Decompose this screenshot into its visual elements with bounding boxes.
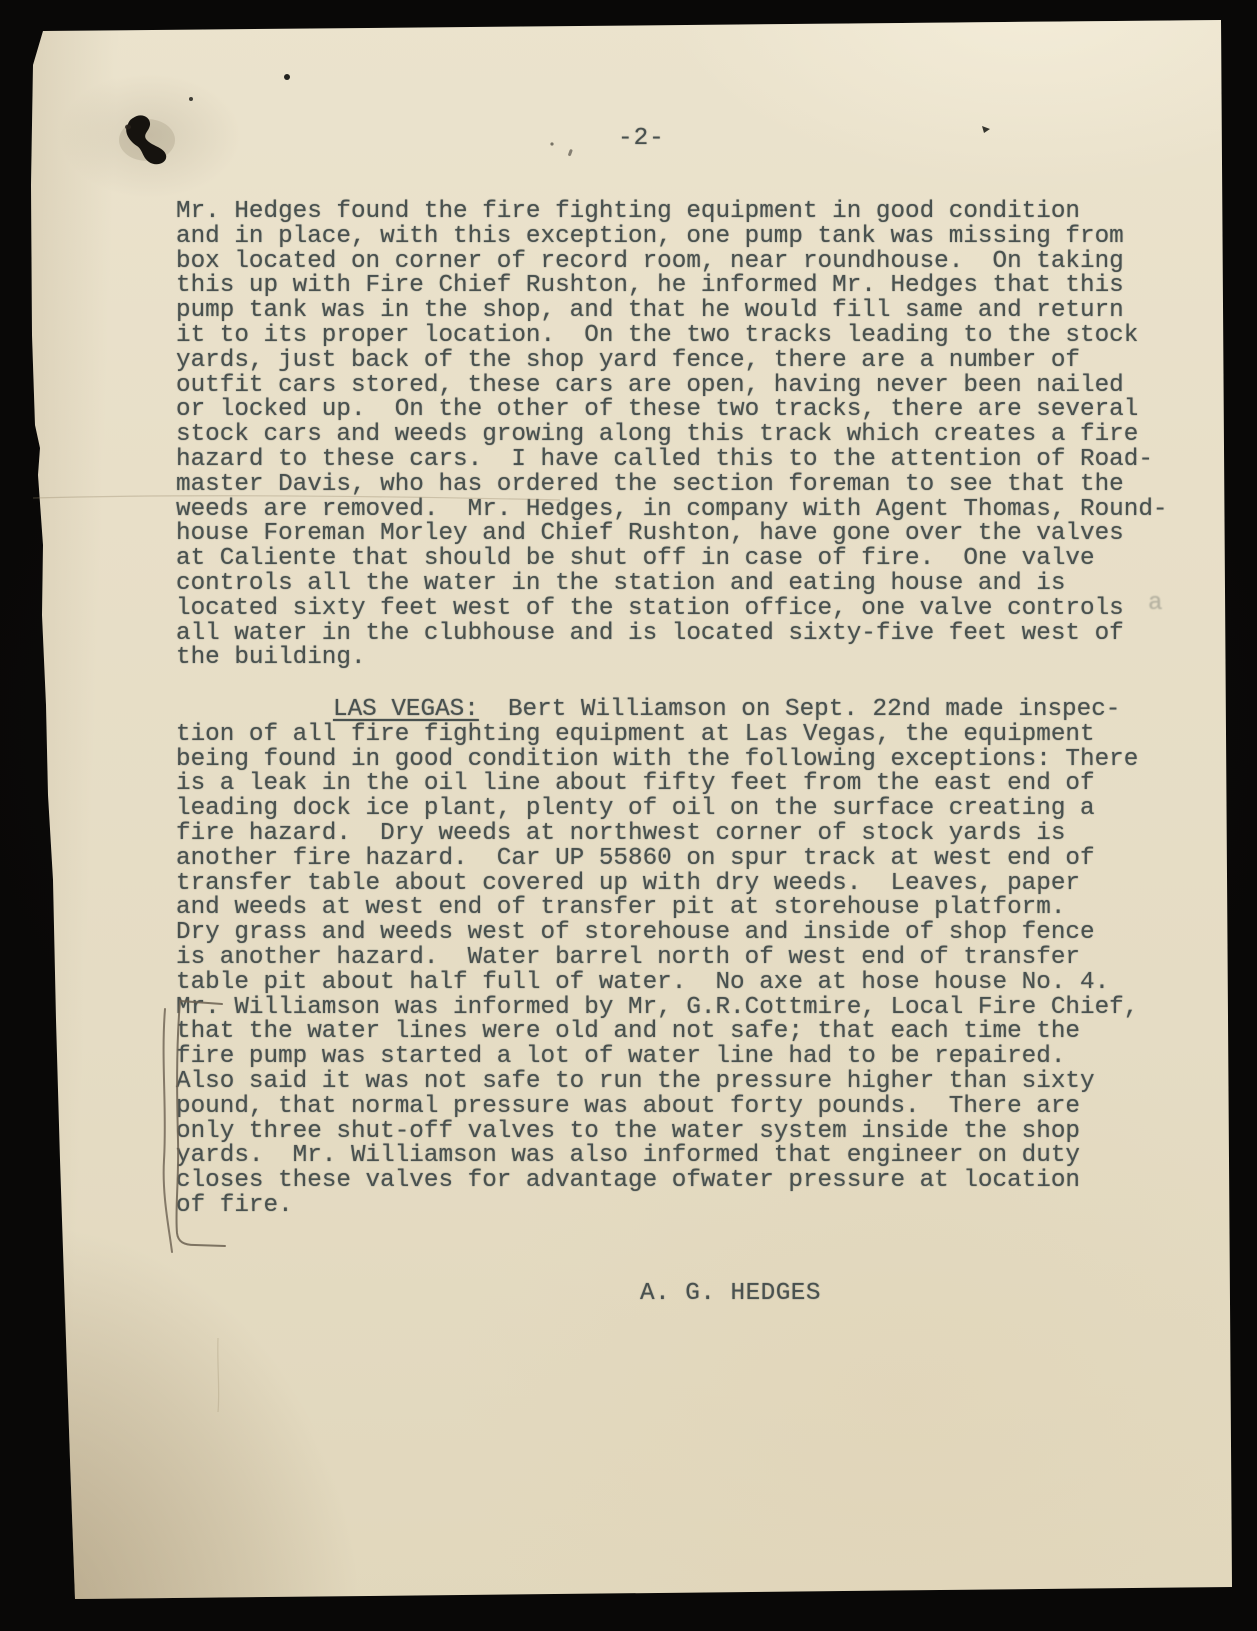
typed-line: house Foreman Morley and Chief Rushton, … — [176, 522, 1176, 547]
typed-line: closes these valves for advantage ofwate… — [176, 1169, 1176, 1194]
typed-line: yards. Mr. Williamson was also informed … — [176, 1144, 1176, 1169]
typed-line: and in place, with this exception, one p… — [176, 225, 1176, 250]
typed-line: Dry grass and weeds west of storehouse a… — [176, 921, 1176, 946]
typed-line: Mr. Hedges found the fire fighting equip… — [176, 200, 1176, 225]
las-vegas-heading: LAS VEGAS: — [333, 696, 479, 723]
typed-line: and weeds at west end of transfer pit at… — [176, 896, 1176, 921]
typed-line: pump tank was in the shop, and that he w… — [176, 299, 1176, 324]
typed-line: stock cars and weeds growing along this … — [176, 423, 1176, 448]
typed-line: that the water lines were old and not sa… — [176, 1020, 1176, 1045]
paragraph-caliente: Mr. Hedges found the fire fighting equip… — [176, 200, 1176, 671]
las-vegas-heading-line: LAS VEGAS: Bert Williamson on Sept. 22nd… — [176, 698, 1176, 723]
typed-line: controls all the water in the station an… — [176, 572, 1176, 597]
typed-line: of fire. — [176, 1194, 1176, 1219]
typed-line: outfit cars stored, these cars are open,… — [176, 374, 1176, 399]
page-number: -2- — [618, 127, 665, 152]
typed-line: pound, that normal pressure was about fo… — [176, 1095, 1176, 1120]
scan-background: -2- Mr. Hedges found the fire fighting e… — [0, 0, 1257, 1631]
typed-line: tion of all fire fighting equipment at L… — [176, 723, 1176, 748]
typed-line: yards, just back of the shop yard fence,… — [176, 349, 1176, 374]
typed-line: being found in good condition with the f… — [176, 748, 1176, 773]
typed-line: fire pump was started a lot of water lin… — [176, 1045, 1176, 1070]
typed-line: all water in the clubhouse and is locate… — [176, 622, 1176, 647]
typed-line: only three shut-off valves to the water … — [176, 1120, 1176, 1145]
typed-line: another fire hazard. Car UP 55860 on spu… — [176, 847, 1176, 872]
typed-line: table pit about half full of water. No a… — [176, 971, 1176, 996]
typed-line: the building. — [176, 646, 1176, 671]
typed-line: Mr. Williamson was informed by Mr, G.R.C… — [176, 996, 1176, 1021]
typed-line: leading dock ice plant, plenty of oil on… — [176, 797, 1176, 822]
typed-line: or locked up. On the other of these two … — [176, 398, 1176, 423]
typed-line: it to its proper location. On the two tr… — [176, 324, 1176, 349]
paragraph-las-vegas-body: tion of all fire fighting equipment at L… — [176, 723, 1176, 1219]
typed-line: is another hazard. Water barrel north of… — [176, 946, 1176, 971]
signature: A. G. HEDGES — [640, 1282, 821, 1307]
typed-line: box located on corner of record room, ne… — [176, 250, 1176, 275]
typed-line: fire hazard. Dry weeds at northwest corn… — [176, 822, 1176, 847]
document-page: -2- Mr. Hedges found the fire fighting e… — [0, 0, 1257, 1631]
typed-line: this up with Fire Chief Rushton, he info… — [176, 274, 1176, 299]
typed-line: is a leak in the oil line about fifty fe… — [176, 772, 1176, 797]
paragraph-las-vegas: LAS VEGAS: Bert Williamson on Sept. 22nd… — [176, 698, 1176, 1219]
typed-line: transfer table about covered up with dry… — [176, 872, 1176, 897]
typed-line: Also said it was not safe to run the pre… — [176, 1070, 1176, 1095]
typed-line: located sixty feet west of the station o… — [176, 597, 1176, 622]
typed-line: at Caliente that should be shut off in c… — [176, 547, 1176, 572]
las-vegas-heading-rest: Bert Williamson on Sept. 22nd made inspe… — [479, 696, 1121, 723]
typed-line: hazard to these cars. I have called this… — [176, 448, 1176, 473]
typed-line: weeds are removed. Mr. Hedges, in compan… — [176, 498, 1176, 523]
ghost-character: a — [1148, 592, 1163, 617]
typed-line: master Davis, who has ordered the sectio… — [176, 473, 1176, 498]
